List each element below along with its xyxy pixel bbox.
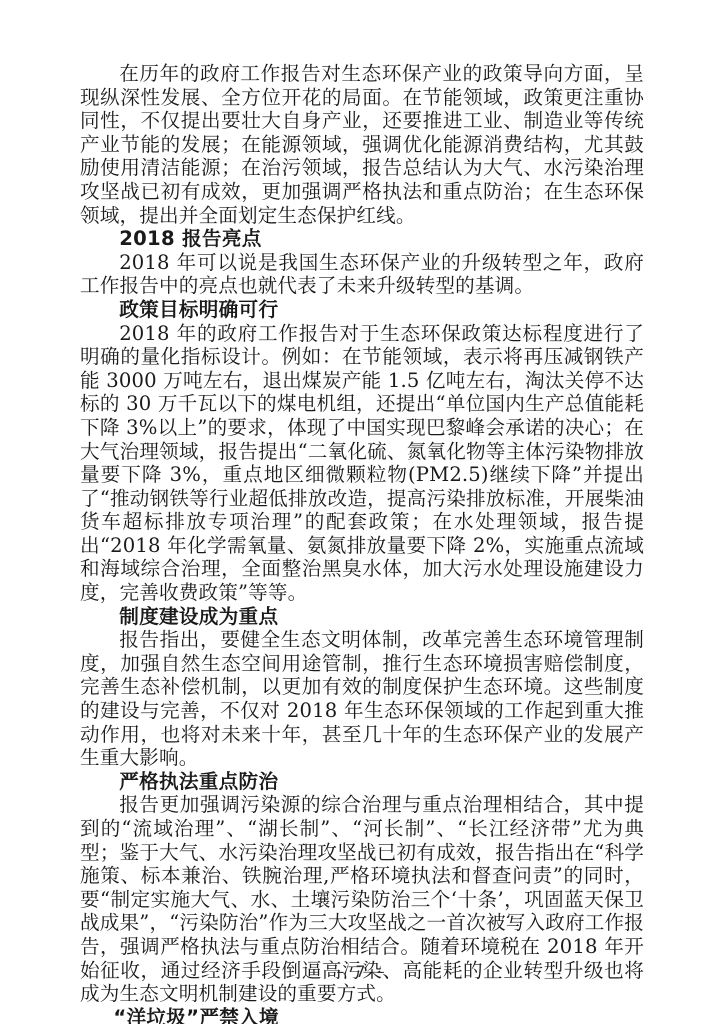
heading-policy-targets: 政策目标明确可行 — [80, 298, 644, 322]
paragraph-policy-orientation: 在历年的政府工作报告对生态环保产业的政策导向方面，呈现纵深性发展、全方位开花的局… — [80, 62, 644, 227]
page-number: – 7 – — [0, 962, 724, 981]
heading-2018-highlights: 2018 报告亮点 — [80, 227, 644, 251]
paragraph-2018-upgrade-year: 2018 年可以说是我国生态环保产业的升级转型之年，政府工作报告中的亮点也就代表… — [80, 251, 644, 298]
heading-strict-enforcement: 严格执法重点防治 — [80, 770, 644, 794]
heading-foreign-waste-ban: “洋垃圾”严禁入境 — [80, 1006, 644, 1024]
paragraph-institution-building: 报告指出，要健全生态文明体制，改革完善生态环境管理制度，加强自然生态空间用途管制… — [80, 628, 644, 770]
document-page: 在历年的政府工作报告对生态环保产业的政策导向方面，呈现纵深性发展、全方位开花的局… — [80, 62, 644, 1024]
paragraph-quantified-targets: 2018 年的政府工作报告对于生态环保政策达标程度进行了明确的量化指标设计。例如… — [80, 322, 644, 605]
heading-institution-building: 制度建设成为重点 — [80, 605, 644, 629]
